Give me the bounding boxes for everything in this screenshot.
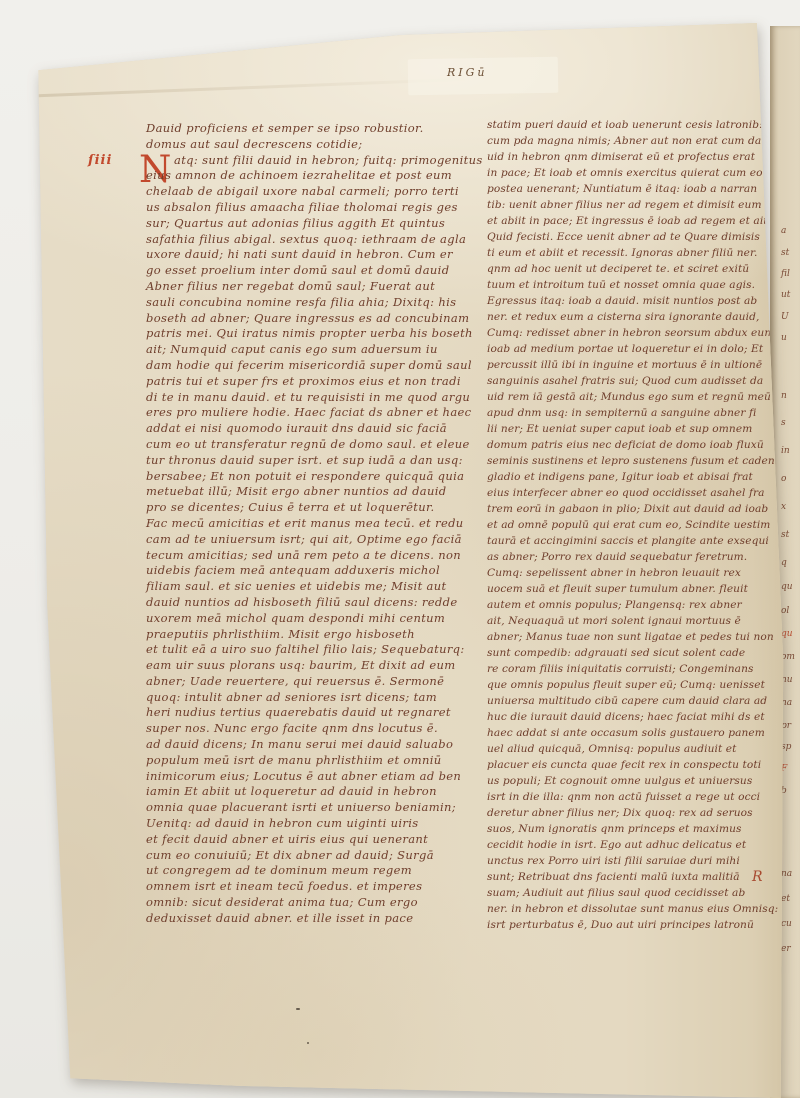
manuscript-line: percussit illū ibi in inguine et mortuus… <box>487 357 769 373</box>
manuscript-line: re coram filiis iniquitatis corruisti; C… <box>487 661 769 677</box>
manuscript-line: Dauid proficiens et semper se ipso robus… <box>146 121 486 137</box>
manuscript-line: Cumq: redisset abner in hebron seorsum a… <box>487 325 769 341</box>
manuscript-line: suos, Num ignoratis qnm princeps et maxi… <box>487 821 769 837</box>
manuscript-line: us populi; Et cognouit omne uulgus et un… <box>487 773 769 789</box>
manuscript-line: tib: uenit abner filius ner ad regem et … <box>487 197 769 213</box>
manuscript-line: tecum amicitias; sed unā rem peto a te d… <box>146 548 486 564</box>
manuscript-line: praeputiis phrlisthiim. Misit ergo hisbo… <box>146 627 486 643</box>
manuscript-line: dauid nuntios ad hisboseth filiū saul di… <box>146 595 486 611</box>
manuscript-line: in pace; Et ioab et omnis exercitus quie… <box>487 165 769 181</box>
manuscript-line: lii ner; Et ueniat super caput ioab et s… <box>487 421 769 437</box>
manuscript-line: sunt compedib: adgrauati sed sicut solen… <box>487 645 769 661</box>
left-text-column: Dauid proficiens et semper se ipso robus… <box>146 121 486 927</box>
manuscript-line: domus aut saul decrescens cotidie; <box>146 137 486 153</box>
manuscript-line: patris mei. Qui iratus nimis propter uer… <box>146 326 486 342</box>
manuscript-line: cum eo ut transferatur regnū de domo sau… <box>146 437 486 453</box>
manuscript-line: suam; Audiuit aut filius saul quod cecid… <box>487 885 769 901</box>
manuscript-line: atq: sunt filii dauid in hebron; fuitq: … <box>146 153 486 169</box>
manuscript-line: uid rem iā gestā ait; Mundus ego sum et … <box>487 389 769 405</box>
manuscript-line: go esset proelium inter domū saul et dom… <box>146 263 486 279</box>
manuscript-line: inimicorum eius; Locutus ē aut abner eti… <box>146 769 486 785</box>
manuscript-line: cum pda magna nimis; Abner aut non erat … <box>487 133 769 149</box>
manuscript-line: eam uir suus plorans usq: baurim, Et dix… <box>146 658 486 674</box>
manuscript-line: tur thronus dauid super isrt. et sup iud… <box>146 453 486 469</box>
manuscript-line: ner. in hebron et dissolutae sunt manus … <box>487 901 769 917</box>
chapter-number-rubric: ſiii <box>88 153 112 168</box>
manuscript-line: huc die iurauit dauid dicens; haec facia… <box>487 709 769 725</box>
manuscript-line: super nos. Nunc ergo facite qnm dns locu… <box>146 721 486 737</box>
manuscript-line: isrt perturbatus ē, Duo aut uiri princip… <box>487 917 769 933</box>
manuscript-line: safathia filius abigal. sextus quoq: iet… <box>146 232 486 248</box>
manuscript-line: Quid fecisti. Ecce uenit abner ad te Qua… <box>487 229 769 245</box>
manuscript-line: ad dauid dicens; In manu serui mei dauid… <box>146 737 486 753</box>
manuscript-line: pro se dicentes; Cuius ē terra et ut loq… <box>146 500 486 516</box>
manuscript-line: abner; Manus tuae non sunt ligatae et pe… <box>487 629 769 645</box>
manuscript-line: uel aliud quicquā, Omnisq: populus audiu… <box>487 741 769 757</box>
manuscript-line: chelaab de abigail uxore nabal carmeli; … <box>146 184 486 200</box>
manuscript-line: isrt in die illa: qnm non actū fuisset a… <box>487 789 769 805</box>
manuscript-line: cam ad te uniuersum isrt; qui ait, Optim… <box>146 532 486 548</box>
manuscript-line: di te in manu dauid. et tu requisisti in… <box>146 390 486 406</box>
manuscript-line: abner; Uade reuertere, qui reuersus ē. S… <box>146 674 486 690</box>
manuscript-line: bersabee; Et non potuit ei respondere qu… <box>146 469 486 485</box>
manuscript-line: Abner filius ner regebat domū saul; Fuer… <box>146 279 486 295</box>
manuscript-line: sauli concubina nomine resfa filia ahia;… <box>146 295 486 311</box>
manuscript-line: uniuersa multitudo cibū capere cum dauid… <box>487 693 769 709</box>
manuscript-line: Fac mecū amicitias et erit manus mea tec… <box>146 516 486 532</box>
manuscript-line: gladio et indigens pane, Igitur ioab et … <box>487 469 769 485</box>
manuscript-line: qnm ad hoc uenit ut deciperet te. et sci… <box>487 261 769 277</box>
manuscript-line: domum patris eius nec deficiat de domo i… <box>487 437 769 453</box>
manuscript-line: ut congregem ad te dominum meum regem <box>146 863 486 879</box>
manuscript-line: sunt; Retribuat dns facienti malū iuxta … <box>487 869 769 885</box>
manuscript-line: metuebat illū; Misit ergo abner nuntios … <box>146 484 486 500</box>
manuscript-line: taurā et accingimini saccis et plangite … <box>487 533 769 549</box>
running-title: RIGū <box>447 66 488 79</box>
manuscript-line: ioab ad medium portae ut loqueretur ei i… <box>487 341 769 357</box>
manuscript-line: uocem suā et fleuit super tumulum abner.… <box>487 581 769 597</box>
manuscript-line: tuum et introitum tuū et nosset omnia qu… <box>487 277 769 293</box>
manuscript-line: haec addat si ante occasum solis gustaue… <box>487 725 769 741</box>
manuscript-line: sanguinis asahel fratris sui; Quod cum a… <box>487 373 769 389</box>
manuscript-line: et tulit eā a uiro suo faltihel filio la… <box>146 642 486 658</box>
parchment-speck <box>296 1008 300 1010</box>
manuscript-line: patris tui et super frs et proximos eius… <box>146 374 486 390</box>
marginal-require-mark: R <box>752 869 763 885</box>
manuscript-line: cecidit hodie in isrt. Ego aut adhuc del… <box>487 837 769 853</box>
manuscript-line: eius interfecer abner eo quod occidisset… <box>487 485 769 501</box>
manuscript-line: que omnis populus fleuit super eū; Cumq:… <box>487 677 769 693</box>
manuscript-leaf-wrap: RIGū ſiii N Dauid proficiens et semper s… <box>0 0 800 1098</box>
manuscript-line: ait; Numquid caput canis ego sum aduersu… <box>146 342 486 358</box>
manuscript-line: filiam saul. et sic uenies et uidebis me… <box>146 579 486 595</box>
manuscript-line: heri nudius tertius quaerebatis dauid ut… <box>146 705 486 721</box>
manuscript-line: deduxisset dauid abner. et ille isset in… <box>146 911 486 927</box>
manuscript-line: iamin Et abiit ut loqueretur ad dauid in… <box>146 784 486 800</box>
parchment-speck <box>307 1042 309 1044</box>
manuscript-line: quoq: intulit abner ad seniores isrt dic… <box>146 690 486 706</box>
manuscript-line: omnia quae placuerant isrti et uniuerso … <box>146 800 486 816</box>
manuscript-line: unctus rex Porro uiri isti filii saruiae… <box>487 853 769 869</box>
manuscript-line: sur; Quartus aut adonias filius aggith E… <box>146 216 486 232</box>
manuscript-line: uidebis faciem meā antequam adduxeris mi… <box>146 563 486 579</box>
manuscript-line: et ad omnē populū qui erat cum eo, Scind… <box>487 517 769 533</box>
manuscript-line: trem eorū in gabaon in plio; Dixit aut d… <box>487 501 769 517</box>
manuscript-line: apud dnm usq: in sempiternū a sanguine a… <box>487 405 769 421</box>
manuscript-line: addat ei nisi quomodo iurauit dns dauid … <box>146 421 486 437</box>
manuscript-line: omnem isrt et ineam tecū foedus. et impe… <box>146 879 486 895</box>
manuscript-line: uxore dauid; hi nati sunt dauid in hebro… <box>146 247 486 263</box>
manuscript-line: et abiit in pace; Et ingressus ē ioab ad… <box>487 213 769 229</box>
right-text-column: statim pueri dauid et ioab uenerunt cesi… <box>487 117 769 933</box>
manuscript-line: seminis sustinens et lepro sustenens fus… <box>487 453 769 469</box>
manuscript-line: Uenitq: ad dauid in hebron cum uiginti u… <box>146 816 486 832</box>
manuscript-line: deretur abner filius ner; Dix quoq: rex … <box>487 805 769 821</box>
manuscript-line: cum eo conuiuiū; Et dix abner ad dauid; … <box>146 848 486 864</box>
manuscript-line: Cumq: sepelissent abner in hebron leuaui… <box>487 565 769 581</box>
manuscript-line: omnib: sicut desiderat anima tua; Cum er… <box>146 895 486 911</box>
manuscript-line: postea uenerant; Nuntiatum ē itaq: ioab … <box>487 181 769 197</box>
manuscript-line: dam hodie qui fecerim misericordiā super… <box>146 358 486 374</box>
manuscript-line: us absalon filius amaacha filiae tholoma… <box>146 200 486 216</box>
manuscript-line: statim pueri dauid et ioab uenerunt cesi… <box>487 117 769 133</box>
manuscript-line: et fecit dauid abner et uiris eius qui u… <box>146 832 486 848</box>
manuscript-line: placuer eis cuncta quae fecit rex in con… <box>487 757 769 773</box>
parchment-page: RIGū ſiii N Dauid proficiens et semper s… <box>0 0 800 1098</box>
manuscript-line: ti eum et abiit et recessit. Ignoras abn… <box>487 245 769 261</box>
manuscript-line: ner. et redux eum a cisterna sira ignora… <box>487 309 769 325</box>
manuscript-line: eius amnon de achinoem iezrahelitae et p… <box>146 168 486 184</box>
manuscript-line: autem et omnis populus; Plangensq: rex a… <box>487 597 769 613</box>
manuscript-line: uxorem meā michol quam despondi mihi cen… <box>146 611 486 627</box>
parchment-crease <box>32 78 472 98</box>
manuscript-line: populum meū isrt de manu phrlisthiim et … <box>146 753 486 769</box>
manuscript-line: uid in hebron qnm dimiserat eū et profec… <box>487 149 769 165</box>
manuscript-line: Egressus itaq: ioab a dauid. misit nunti… <box>487 293 769 309</box>
manuscript-line: eres pro muliere hodie. Haec faciat ds a… <box>146 405 486 421</box>
manuscript-line: as abner; Porro rex dauid sequebatur fer… <box>487 549 769 565</box>
manuscript-line: boseth ad abner; Quare ingressus es ad c… <box>146 311 486 327</box>
manuscript-line: ait, Nequaquā ut mori solent ignaui mort… <box>487 613 769 629</box>
